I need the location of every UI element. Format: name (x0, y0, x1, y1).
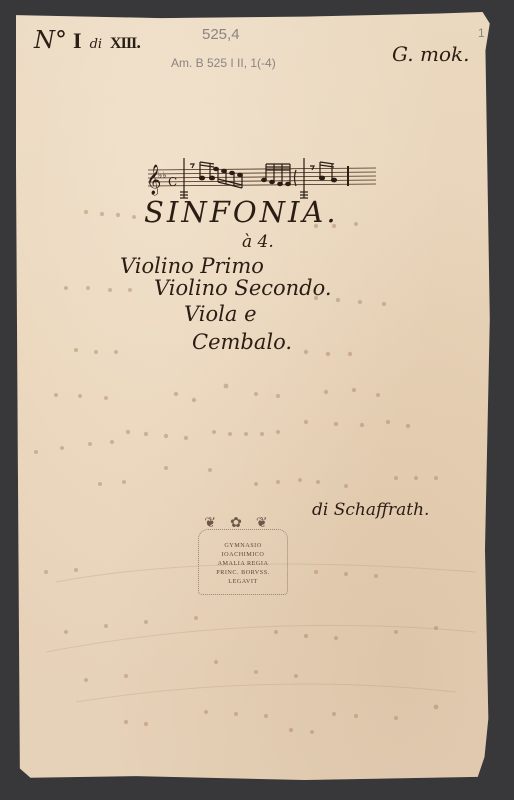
number-of: di (90, 37, 102, 52)
svg-text:♭♭: ♭♭ (158, 171, 167, 181)
manuscript-page: N° I di XIII. 525,4 Am. B 525 I II, 1(-4… (16, 12, 497, 780)
part-violino-secondo: Violino Secondo. (154, 276, 332, 300)
number-value: I (73, 28, 82, 53)
svg-text:C: C (168, 175, 177, 189)
part-violino-primo: Violino Primo (120, 254, 264, 278)
number-total: XIII (110, 35, 136, 52)
part-cembalo: Cembalo. (192, 330, 292, 354)
stamp-ornament-icon: ❦✿❦ (194, 515, 292, 537)
folio-number: 1 (478, 26, 485, 40)
abbreviation-right: G. mok. (392, 42, 469, 66)
library-stamp: ❦✿❦ GYMNASIO IOACHIMICO AMALIA REGIA PRI… (194, 515, 292, 595)
bleed-through-notation (16, 12, 497, 780)
number-label: N° (34, 26, 67, 54)
pencil-catalog-number: 525,4 (202, 26, 240, 43)
work-title: SINFONIA. (144, 195, 339, 229)
shelfmark-number: N° I di XIII. (34, 26, 142, 55)
pencil-signature: Am. B 525 I II, 1(-4) (171, 56, 276, 70)
composer-attribution: di Schaffrath. (312, 500, 429, 520)
stamp-text: GYMNASIO IOACHIMICO AMALIA REGIA PRINC. … (208, 541, 278, 586)
scoring-label: à 4. (242, 232, 274, 252)
part-viola: Viola e (184, 302, 257, 326)
